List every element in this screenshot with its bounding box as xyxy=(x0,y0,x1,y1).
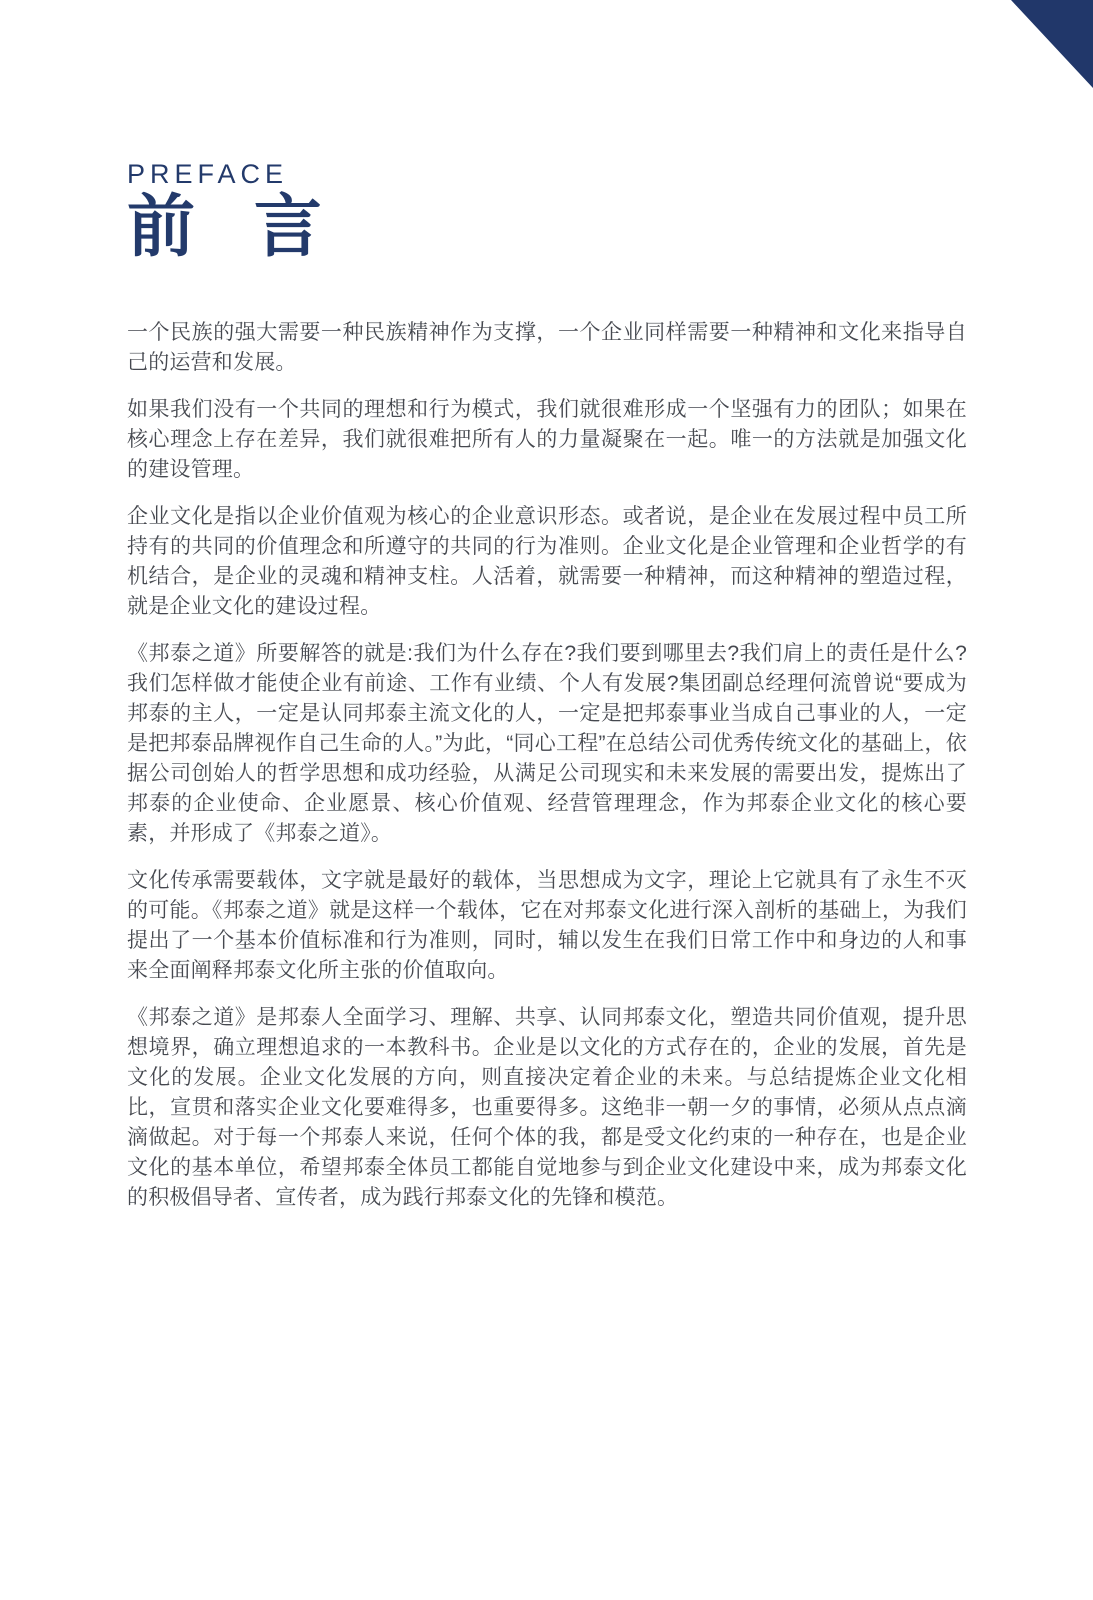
paragraph: 文化传承需要载体，文字就是最好的载体，当思想成为文字，理论上它就具有了永生不灭的… xyxy=(127,866,967,986)
paragraph: 如果我们没有一个共同的理想和行为模式，我们就很难形成一个坚强有力的团队；如果在核… xyxy=(127,395,967,485)
paragraph: 企业文化是指以企业价值观为核心的企业意识形态。或者说，是企业在发展过程中员工所持… xyxy=(127,502,967,622)
preface-label-en: PREFACE xyxy=(127,158,967,190)
paragraph: 《邦泰之道》所要解答的就是:我们为什么存在?我们要到哪里去?我们肩上的责任是什么… xyxy=(127,639,967,849)
page-content: PREFACE 前 言 一个民族的强大需要一种民族精神作为支撑，一个企业同样需要… xyxy=(127,158,967,1213)
preface-body: 一个民族的强大需要一种民族精神作为支撑，一个企业同样需要一种精神和文化来指导自己… xyxy=(127,318,967,1213)
page-title: 前 言 xyxy=(127,190,967,264)
page-header: PREFACE 前 言 xyxy=(127,158,967,264)
paragraph: 一个民族的强大需要一种民族精神作为支撑，一个企业同样需要一种精神和文化来指导自己… xyxy=(127,318,967,378)
preface-page: PREFACE 前 言 一个民族的强大需要一种民族精神作为支撑，一个企业同样需要… xyxy=(0,0,1093,1600)
paragraph: 《邦泰之道》是邦泰人全面学习、理解、共享、认同邦泰文化，塑造共同价值观，提升思想… xyxy=(127,1003,967,1213)
corner-triangle-decoration xyxy=(1011,0,1093,88)
